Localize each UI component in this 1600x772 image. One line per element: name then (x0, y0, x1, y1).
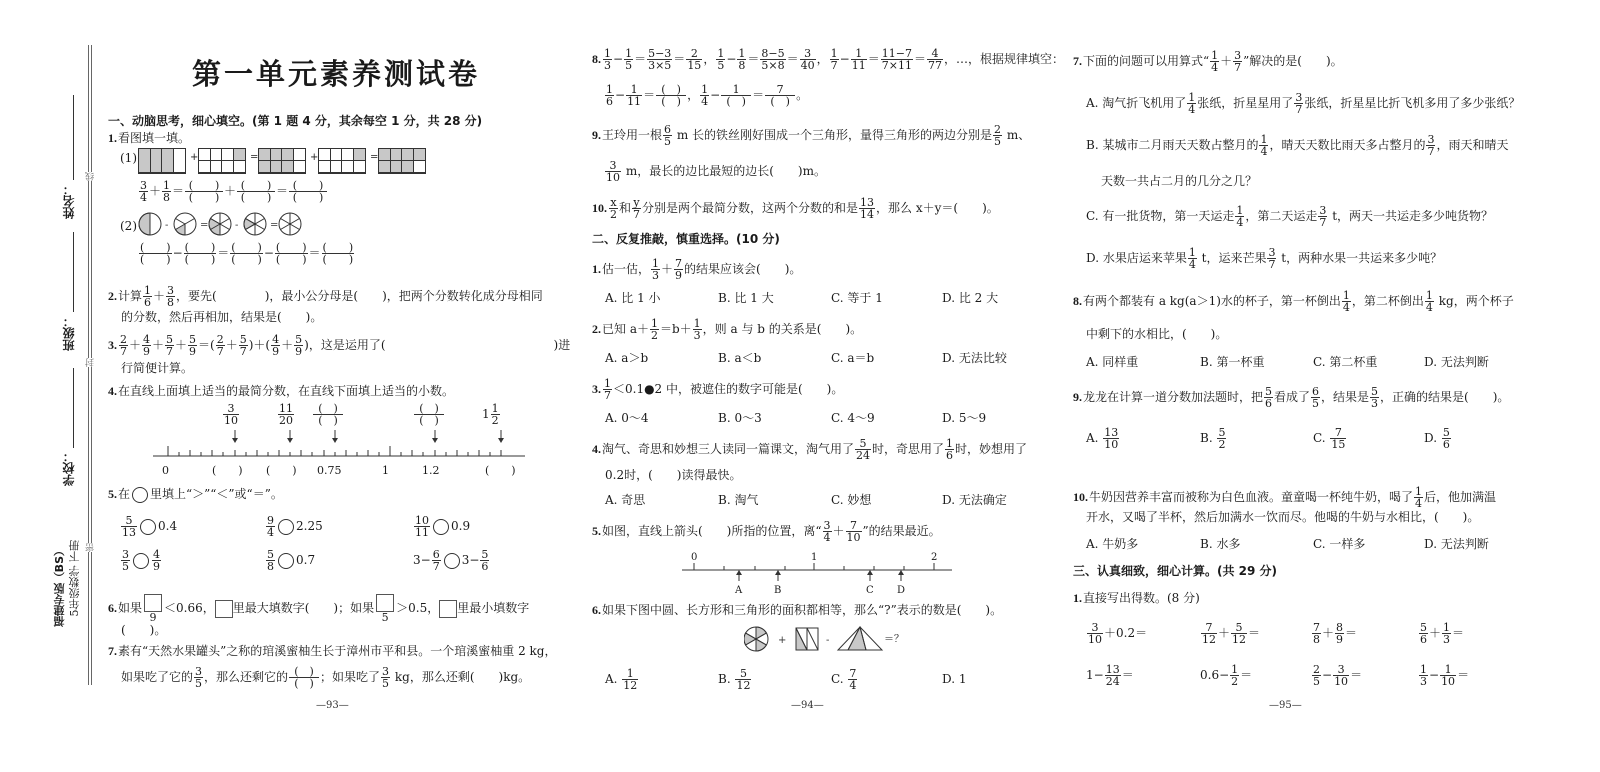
mc-question-4: 4.淘气、奇思和妙想三人读同一篇课文，淘气用了524时，奇思用了16时，妙想用了 (592, 438, 1027, 461)
svg-text:-: - (165, 220, 168, 231)
mc2-option-d[interactable]: D. 无法比较 (942, 349, 1007, 366)
numline-below-0: 0 (162, 463, 169, 479)
mc-question-5: 5.如图，直线上箭头( )所指的位置，离“34＋710”的结果最近。 (592, 520, 941, 543)
rect-diagram-6-8 (258, 148, 306, 174)
mc10-option-a[interactable]: A. 牛奶多 (1086, 535, 1138, 552)
question-1-9-line2: 310 m，最长的边比最短的边长( )m。 (604, 160, 826, 183)
question-1-6-line2: ( )。 (121, 622, 166, 638)
axis-label-1: 1 (811, 550, 817, 566)
numline-label-3-10: 310 (222, 403, 240, 426)
mc10-option-b[interactable]: B. 水多 (1200, 535, 1240, 552)
question-1-9: 9.王玲用一根65 m 长的铁丝刚好围成一个三角形，量得三角形的两边分别是25 … (592, 124, 1030, 147)
numline-below-blank[interactable]: ( ) (212, 463, 243, 479)
digit-box[interactable] (144, 594, 162, 612)
numline-blank-fraction[interactable]: ( )( ) (312, 403, 344, 426)
svg-text:-: - (826, 635, 829, 646)
compare-circle[interactable] (133, 553, 149, 569)
name-field[interactable] (73, 95, 74, 180)
question-1-2: 2.计算16＋38，要先( )，最小公分母是( )，把两个分数转化成分母相同 (108, 285, 543, 308)
page-number-93: —93— (316, 700, 349, 711)
number-line-q5 (680, 548, 960, 598)
mc6-option-b[interactable]: B. 512 (718, 668, 752, 691)
part-1-label: (1) (120, 150, 137, 166)
shape-equation: + - (744, 626, 894, 654)
name-label: 姓名： (60, 183, 77, 219)
numline-below-blank[interactable]: ( ) (485, 463, 516, 479)
answer-blank[interactable]: ( )( ) (289, 666, 319, 689)
svg-text:+: + (778, 635, 786, 646)
mc1-option-d[interactable]: D. 比 2 大 (942, 289, 998, 306)
compare-item: 942.25 (265, 515, 323, 538)
numline-below-1-2: 1.2 (422, 463, 440, 479)
question-1-6: 6.如果9＜0.66，里最大填数字( )；如果5＞0.5，里最小填数字 (108, 594, 529, 623)
mc8-option-d[interactable]: D. 无法判断 (1424, 353, 1489, 370)
question-1-3-line2: 行简便计算。 (121, 360, 193, 376)
grade-label: 5年级数学 下册 (67, 540, 83, 617)
edition-label: 福建专版（BS） (52, 545, 68, 627)
seal-word-feng: 封 (84, 358, 97, 367)
class-field[interactable] (73, 232, 74, 312)
mc4-option-b[interactable]: B. 淘气 (718, 491, 758, 508)
mc8-option-b[interactable]: B. 第一杯重 (1200, 353, 1264, 370)
mc7-option-b-line2: 天数一共占二月的几分之几？ (1101, 172, 1257, 189)
numline-below-0-75: 0.75 (317, 463, 342, 479)
number-line-q4 (150, 428, 525, 462)
mc3-option-a[interactable]: A. 0～4 (605, 409, 649, 426)
rect-diagram-3-4 (138, 148, 186, 174)
calc-item-3[interactable]: 78＋89＝ (1311, 622, 1357, 645)
question-1-1: 1.看图填一填。 (108, 130, 190, 146)
mc2-option-c[interactable]: C. a＝b (831, 349, 874, 366)
question-1-2-line2: 的分数，然后再相加，结果是( )。 (121, 309, 322, 325)
compare-item: 5130.4 (120, 515, 177, 538)
q1-equation-2: ( )( )−( )( )＝( )( )−( )( )＝( )( ) (138, 242, 355, 265)
mc1-option-a[interactable]: A. 比 1 小 (605, 289, 661, 306)
question-1-5: 5.在里填上“＞”“＜”或“＝”。 (108, 486, 283, 503)
compare-circle[interactable] (444, 553, 460, 569)
numline-below-blank[interactable]: ( ) (266, 463, 297, 479)
mc-question-8-line2: 中剩下的水相比，( )。 (1086, 326, 1227, 342)
answer-blank[interactable]: 7( ) (765, 84, 795, 107)
question-1-3: 3.27＋49＋57＋59＝(27＋57)＋(49＋59)，这是运用了( )进 (108, 334, 570, 357)
question-1-8: 8.13−15＝5−33×5＝215，15−18＝8−55×8＝340，17−1… (592, 48, 1064, 71)
mc-question-2: 2.已知 a＋12＝b＋13，则 a 与 b 的关系是( )。 (592, 318, 862, 341)
calc-item-8[interactable]: 13−110＝ (1418, 664, 1469, 687)
calc-item-1[interactable]: 310＋0.2＝ (1086, 622, 1147, 645)
mc2-option-a[interactable]: A. a＞b (605, 349, 648, 366)
answer-blank[interactable]: ( )( ) (275, 242, 308, 265)
answer-blank[interactable]: ( )( ) (656, 84, 686, 107)
rect-diagram-7-8 (378, 148, 426, 174)
answer-blank[interactable]: ( )( ) (184, 242, 217, 265)
mc9-option-b[interactable]: B. 52 (1200, 427, 1227, 450)
compare-circle[interactable] (278, 553, 294, 569)
compare-circle[interactable] (433, 519, 449, 535)
question-1-7: 7.素有“天然水果罐头”之称的琯溪蜜柚生长于漳州市平和县。一个琯溪蜜柚重 2 k… (108, 643, 557, 659)
calc-item-6[interactable]: 0.6−12＝ (1200, 664, 1252, 687)
digit-box[interactable] (439, 600, 457, 618)
class-label: 班级： (60, 315, 77, 351)
page-title: 第一单元素养测试卷 (192, 52, 480, 93)
mc-question-1: 1.估一估，13＋79的结果应该会( )。 (592, 258, 801, 281)
mc4-option-a[interactable]: A. 奇思 (605, 491, 645, 508)
section-1-heading: 一、动脑思考，细心填空。(第 1 题 4 分，其余每空 1 分，共 28 分) (108, 112, 482, 129)
calc-question-1: 1.直接写出得数。(8 分) (1073, 590, 1200, 606)
answer-blank[interactable]: ( )( ) (322, 242, 355, 265)
mc-question-10-line2: 开水，又喝了半杯，然后加满水一饮而尽。他喝的牛奶与水相比，( )。 (1086, 509, 1479, 525)
compare-circle[interactable] (140, 519, 156, 535)
compare-item: 10110.9 (413, 515, 470, 538)
circle-diagrams: - = - = (138, 212, 313, 238)
page-number-95: —95— (1269, 700, 1302, 711)
mc1-option-b[interactable]: B. 比 1 大 (718, 289, 774, 306)
question-1-10: 10.x2和y7分别是两个最简分数，这两个分数的和是1314，那么 x＋y＝( … (592, 197, 999, 220)
mc-question-8: 8.有两个都装有 a kg(a＞1)水的杯子，第一杯倒出14，第二杯倒出14 k… (1073, 290, 1514, 313)
answer-blank[interactable]: 1( ) (721, 84, 751, 107)
arrow-label-b[interactable]: B (774, 583, 781, 599)
mc8-option-c[interactable]: C. 第二杯重 (1313, 353, 1377, 370)
numline-blank-fraction[interactable]: ( )( ) (413, 403, 445, 426)
compare-circle-icon (132, 487, 148, 503)
answer-blank[interactable]: ( )( ) (289, 180, 327, 203)
mc-question-9: 9.龙龙在计算一道分数加法题时，把56看成了65，结果是53，正确的结果是( )… (1073, 386, 1509, 409)
section-2-heading: 二、反复推敲，慎重选择。(10 分) (592, 230, 780, 247)
mc9-option-a[interactable]: A. 1310 (1086, 427, 1120, 450)
mc10-option-c[interactable]: C. 一样多 (1313, 535, 1365, 552)
mc7-option-b[interactable]: B. 某城市二月雨天天数占整月的14，晴天天数比雨天多占整月的37，雨天和晴天 (1086, 134, 1508, 157)
svg-text:=: = (270, 220, 278, 231)
numline-label-11-20: 1120 (277, 403, 295, 426)
numline-below-1: 1 (382, 463, 389, 479)
rect-diagram-1-8b (318, 148, 366, 174)
compare-item: 580.7 (265, 549, 315, 572)
compare-item: 3−673−56 (413, 549, 490, 572)
mc3-option-b[interactable]: B. 0～3 (718, 409, 762, 426)
shape-equation-tail: ＝？ (884, 632, 904, 648)
answer-blank[interactable]: ( )( ) (230, 242, 263, 265)
calc-item-2[interactable]: 712＋512＝ (1200, 622, 1260, 645)
calc-item-7[interactable]: 25−310＝ (1311, 664, 1362, 687)
svg-text:-: - (235, 220, 238, 231)
arrow-label-d[interactable]: D (897, 583, 905, 599)
q1-equation-1: 34＋18＝( )( )＋( )( )＝( )( ) (138, 180, 328, 203)
school-label: 学校： (60, 450, 77, 486)
mc7-option-c[interactable]: C. 有一批货物，第一天运走14，第二天运走37 t，两天一共运走多少吨货物？ (1086, 205, 1493, 228)
section-3-heading: 三、认真细致，细心计算。(共 29 分) (1073, 562, 1277, 579)
compare-item: 3549 (120, 549, 162, 572)
question-1-7-line2: 如果吃了它的35，那么还剩它的( )( )；如果吃了35 kg，那么还剩( )k… (121, 666, 530, 689)
compare-circle[interactable] (278, 519, 294, 535)
question-1-4: 4.在直线上面填上适当的最简分数，在直线下面填上适当的小数。 (108, 383, 454, 399)
mc4-option-c[interactable]: C. 妙想 (831, 491, 871, 508)
calc-item-5[interactable]: 1−1324＝ (1086, 664, 1134, 687)
mc-question-7: 7.下面的问题可以用算式“14＋37”解决的是( )。 (1073, 50, 1343, 73)
seal-word-mi: 密 (84, 543, 97, 552)
mc7-option-d[interactable]: D. 水果店运来苹果14 t，运来芒果37 t，两种水果一共运来多少吨？ (1086, 247, 1442, 270)
mc-question-3: 3.17＜0.1●2 中，被遮住的数字可能是( )。 (592, 378, 843, 401)
answer-blank[interactable]: ( )( ) (185, 180, 223, 203)
digit-box[interactable] (215, 600, 233, 618)
mc7-option-a[interactable]: A. 淘气折飞机用了14张纸，折星星用了37张纸，折星星比折飞机多用了多少张纸？ (1086, 92, 1520, 115)
question-1-8-line2: 16−111＝( )( )，14−1( )＝7( )。 (604, 84, 808, 107)
answer-blank[interactable]: ( )( ) (139, 242, 172, 265)
mc9-option-c[interactable]: C. 715 (1313, 427, 1347, 450)
mc2-option-b[interactable]: B. a＜b (718, 349, 761, 366)
school-field[interactable] (73, 368, 74, 448)
mc-question-4-line2: 0.2时，( )读得最快。 (605, 467, 741, 483)
mc8-option-a[interactable]: A. 同样重 (1086, 353, 1138, 370)
mc4-option-d[interactable]: D. 无法确定 (942, 491, 1007, 508)
rect-diagram-1-8 (198, 148, 246, 174)
mc6-option-d[interactable]: D. 1 (942, 672, 966, 686)
mc3-option-d[interactable]: D. 5～9 (942, 409, 986, 426)
page-number-94: —94— (791, 700, 824, 711)
mc6-option-c[interactable]: C. 74 (831, 668, 858, 691)
numline-label-1-1-2: 112 (482, 403, 501, 426)
mc3-option-c[interactable]: C. 4～9 (831, 409, 875, 426)
mc10-option-d[interactable]: D. 无法判断 (1424, 535, 1489, 552)
arrow-label-c[interactable]: C (866, 583, 874, 599)
calc-item-4[interactable]: 56＋13＝ (1418, 622, 1464, 645)
mc9-option-d[interactable]: D. 56 (1424, 427, 1452, 450)
mc-question-6: 6.如果下图中圆、长方形和三角形的面积都相等，那么“?”表示的数是( )。 (592, 602, 1002, 618)
mc6-option-a[interactable]: A. 112 (605, 668, 639, 691)
svg-text:=: = (200, 220, 208, 231)
mc-question-10: 10.牛奶因营养丰富而被称为白色血液。童童喝一杯纯牛奶，喝了14后，他加满温 (1073, 486, 1496, 509)
axis-label-2: 2 (931, 550, 937, 566)
mc1-option-c[interactable]: C. 等于 1 (831, 289, 883, 306)
arrow-label-a[interactable]: A (735, 583, 742, 599)
axis-label-0: 0 (691, 550, 697, 566)
answer-blank[interactable]: ( )( ) (237, 180, 275, 203)
digit-box[interactable] (376, 594, 394, 612)
seal-word-xian: 线 (84, 172, 97, 181)
part-2-label: (2) (120, 218, 137, 234)
